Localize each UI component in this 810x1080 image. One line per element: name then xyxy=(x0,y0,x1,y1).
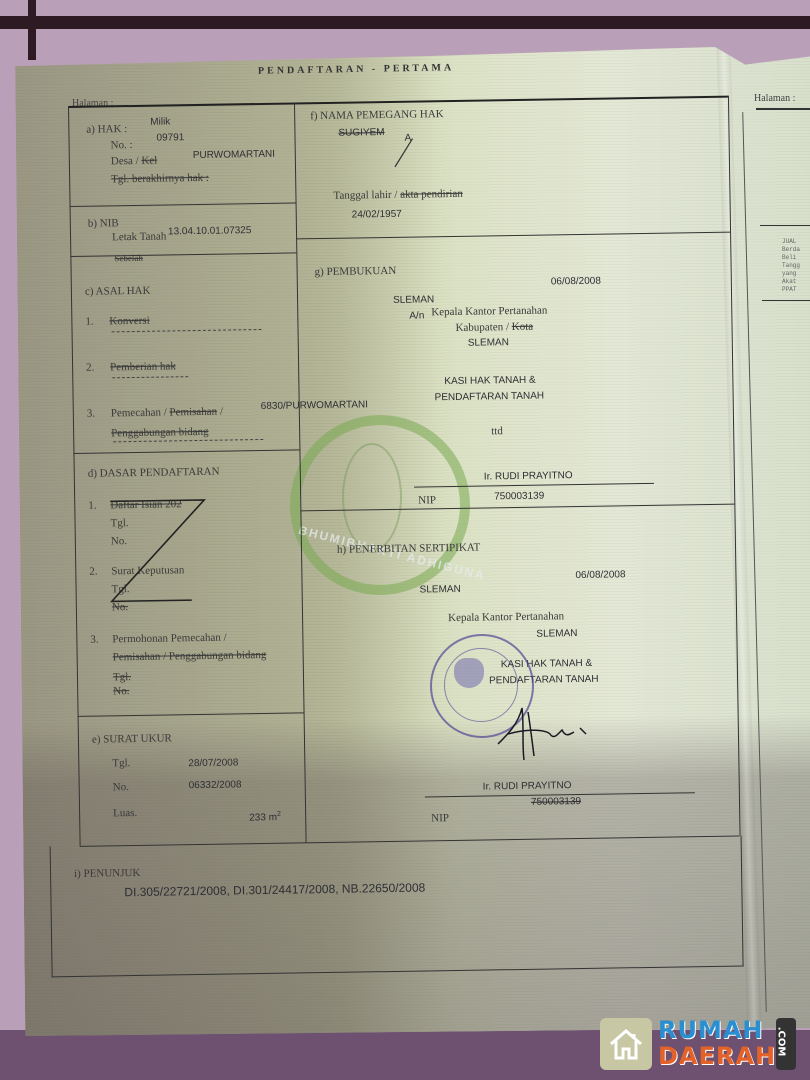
section-f-label: f) NAMA PEMEGANG HAK xyxy=(310,108,444,122)
right-page-line: Akat xyxy=(782,278,800,286)
section-h-label: h) PENERBITAN SERTIPIKAT xyxy=(337,542,480,556)
tanggal-lahir-label: Tanggal lahir / akta pendirian xyxy=(333,188,463,202)
pemecahan-text: Pemecahan / xyxy=(111,406,170,419)
z-strike-mark xyxy=(104,496,226,610)
surat-ukur-tgl-label: Tgl. xyxy=(112,757,130,769)
nip-value: 750003139 xyxy=(531,796,581,808)
asal-hak-pemecahan: Pemecahan / Pemisahan / xyxy=(111,406,223,420)
pembukuan-date: 06/08/2008 xyxy=(551,276,601,288)
right-page-line: JUAL xyxy=(782,238,800,246)
hak-no-label: No. : xyxy=(111,139,133,151)
right-page-line: Tangg xyxy=(782,262,800,270)
section-e-label: e) SURAT UKUR xyxy=(92,732,172,745)
kota-struck: Kota xyxy=(512,321,534,333)
fill-line xyxy=(113,439,263,442)
section-c-label: c) ASAL HAK xyxy=(85,285,151,298)
floor-tile-grout xyxy=(28,0,36,60)
akta-struck: akta pendirian xyxy=(400,188,463,201)
right-page-border xyxy=(760,225,810,226)
penunjuk-box xyxy=(50,836,744,978)
luas-value: 233 m2 xyxy=(249,811,281,824)
dasar-tgl-label: Tgl. xyxy=(113,671,131,683)
section-divider xyxy=(70,252,296,257)
desa-struck-text: Kel xyxy=(141,155,157,167)
asal-hak-num: 2. xyxy=(86,362,94,374)
luas-label: Luas. xyxy=(113,807,137,819)
house-icon xyxy=(600,1018,652,1070)
right-page-border xyxy=(756,108,810,110)
pemisahan-struck: Pemisahan xyxy=(169,406,217,419)
office-line1: Kepala Kantor Pertanahan xyxy=(431,304,547,318)
office-line2: Kabupaten / Kota xyxy=(455,321,533,334)
penggabungan-label: Penggabungan bidang xyxy=(111,426,209,440)
right-page-line: yang xyxy=(782,270,800,278)
section-divider xyxy=(70,202,296,207)
right-page-line: PPAT xyxy=(782,286,800,294)
kabupaten-text: Kabupaten / xyxy=(455,321,511,334)
letak-tanah-label: Letak Tanah xyxy=(112,230,166,243)
registration-form: a) HAK : Milik No. : 09791 Desa / Kel PU… xyxy=(68,96,742,976)
permohonan-label: Permohonan Pemecahan / xyxy=(112,632,226,646)
signature-line xyxy=(414,483,654,488)
handwritten-signature xyxy=(488,704,598,764)
section-g-label: g) PEMBUKUAN xyxy=(315,265,397,278)
brand-word-daerah: DAERAH xyxy=(658,1042,776,1070)
luas-number: 233 m xyxy=(249,812,277,823)
section-d-label: d) DASAR PENDAFTARAN xyxy=(88,466,220,480)
fill-line xyxy=(112,376,188,378)
surat-ukur-no-value: 06332/2008 xyxy=(189,779,242,791)
tanggal-lahir-text: Tanggal lahir / xyxy=(333,189,400,202)
dasar-num: 1. xyxy=(88,500,96,512)
tgl-berakhir-label: Tgl. berakhirnya hak : xyxy=(111,172,209,186)
pemecahan-value: 6830/PURWOMARTANI xyxy=(261,399,368,412)
annotation-arrow xyxy=(393,137,417,169)
brand-word-rumah: RUMAH xyxy=(658,1016,764,1044)
hak-type-value: Milik xyxy=(150,116,170,127)
official-name: Ir. RUDI PRAYITNO xyxy=(484,470,573,482)
penerbitan-place: SLEMAN xyxy=(420,584,461,596)
asal-hak-konversi: Konversi xyxy=(109,315,150,328)
floor-tile-grout xyxy=(0,16,810,29)
column-divider xyxy=(294,102,307,842)
section-divider xyxy=(300,504,734,512)
pemisahan-label: Pemisahan / Penggabungan bidang xyxy=(113,649,267,663)
right-page-border xyxy=(762,300,810,301)
office-city: SLEMAN xyxy=(536,628,577,640)
separator: / xyxy=(217,406,223,418)
office-line1: Kepala Kantor Pertanahan xyxy=(448,610,564,624)
hak-no-value: 09791 xyxy=(156,132,184,143)
surat-ukur-tgl-value: 28/07/2008 xyxy=(188,757,238,769)
an-prefix: A/n xyxy=(409,310,424,321)
office-city: SLEMAN xyxy=(468,337,509,349)
holder-name-value: SUGIYEM xyxy=(338,127,384,139)
section-divider xyxy=(73,449,299,454)
dasar-num: 3. xyxy=(90,634,98,646)
section-b-label: b) NIB xyxy=(88,217,119,229)
desa-label: Desa / Kel xyxy=(111,155,158,168)
brand-tld: .COM xyxy=(775,1027,786,1057)
luas-unit-sup: 2 xyxy=(277,811,281,818)
official-name: Ir. RUDI PRAYITNO xyxy=(483,780,572,792)
brand-logo: RUMAH DAERAH .COM xyxy=(600,1016,800,1074)
asal-hak-pemberian: Pemberian hak xyxy=(110,360,176,373)
dasar-no-label: No. xyxy=(113,685,129,697)
dasar-num: 2. xyxy=(89,566,97,578)
right-page-number-label: Halaman : xyxy=(754,93,795,104)
nip-label: NIP xyxy=(431,812,449,824)
right-page-line: Beli xyxy=(782,254,800,262)
section-i-label: i) PENUNJUK xyxy=(74,867,140,880)
signed-ttd: ttd xyxy=(491,425,503,437)
garuda-emblem-icon xyxy=(454,658,484,688)
section-divider xyxy=(78,712,304,717)
right-page-line: Berda xyxy=(782,246,800,254)
nib-value: 13.04.10.01.07325 xyxy=(168,225,252,237)
desa-label-text: Desa / xyxy=(111,155,142,167)
desa-value: PURWOMARTANI xyxy=(193,149,275,161)
nip-value: 750003139 xyxy=(494,491,544,503)
pembukuan-place: SLEMAN xyxy=(393,294,434,306)
asal-hak-num: 3. xyxy=(87,408,95,420)
sebelah-label: Sebelah xyxy=(114,253,143,263)
penerbitan-date: 06/08/2008 xyxy=(575,569,625,581)
birth-date-value: 24/02/1957 xyxy=(352,209,402,221)
fill-line xyxy=(112,329,262,332)
section-divider xyxy=(296,232,730,240)
section-a-label: a) HAK : xyxy=(86,123,127,136)
brand-tld-badge: .COM xyxy=(776,1018,796,1070)
asal-hak-num: 1. xyxy=(85,316,93,328)
position-line1: KASI HAK TANAH & xyxy=(444,375,535,387)
position-line2: PENDAFTARAN TANAH xyxy=(435,391,545,404)
surat-ukur-no-label: No. xyxy=(113,781,129,793)
right-page-text: JUAL Berda Beli Tangg yang Akat PPAT xyxy=(782,238,800,294)
nip-label: NIP xyxy=(418,494,436,506)
